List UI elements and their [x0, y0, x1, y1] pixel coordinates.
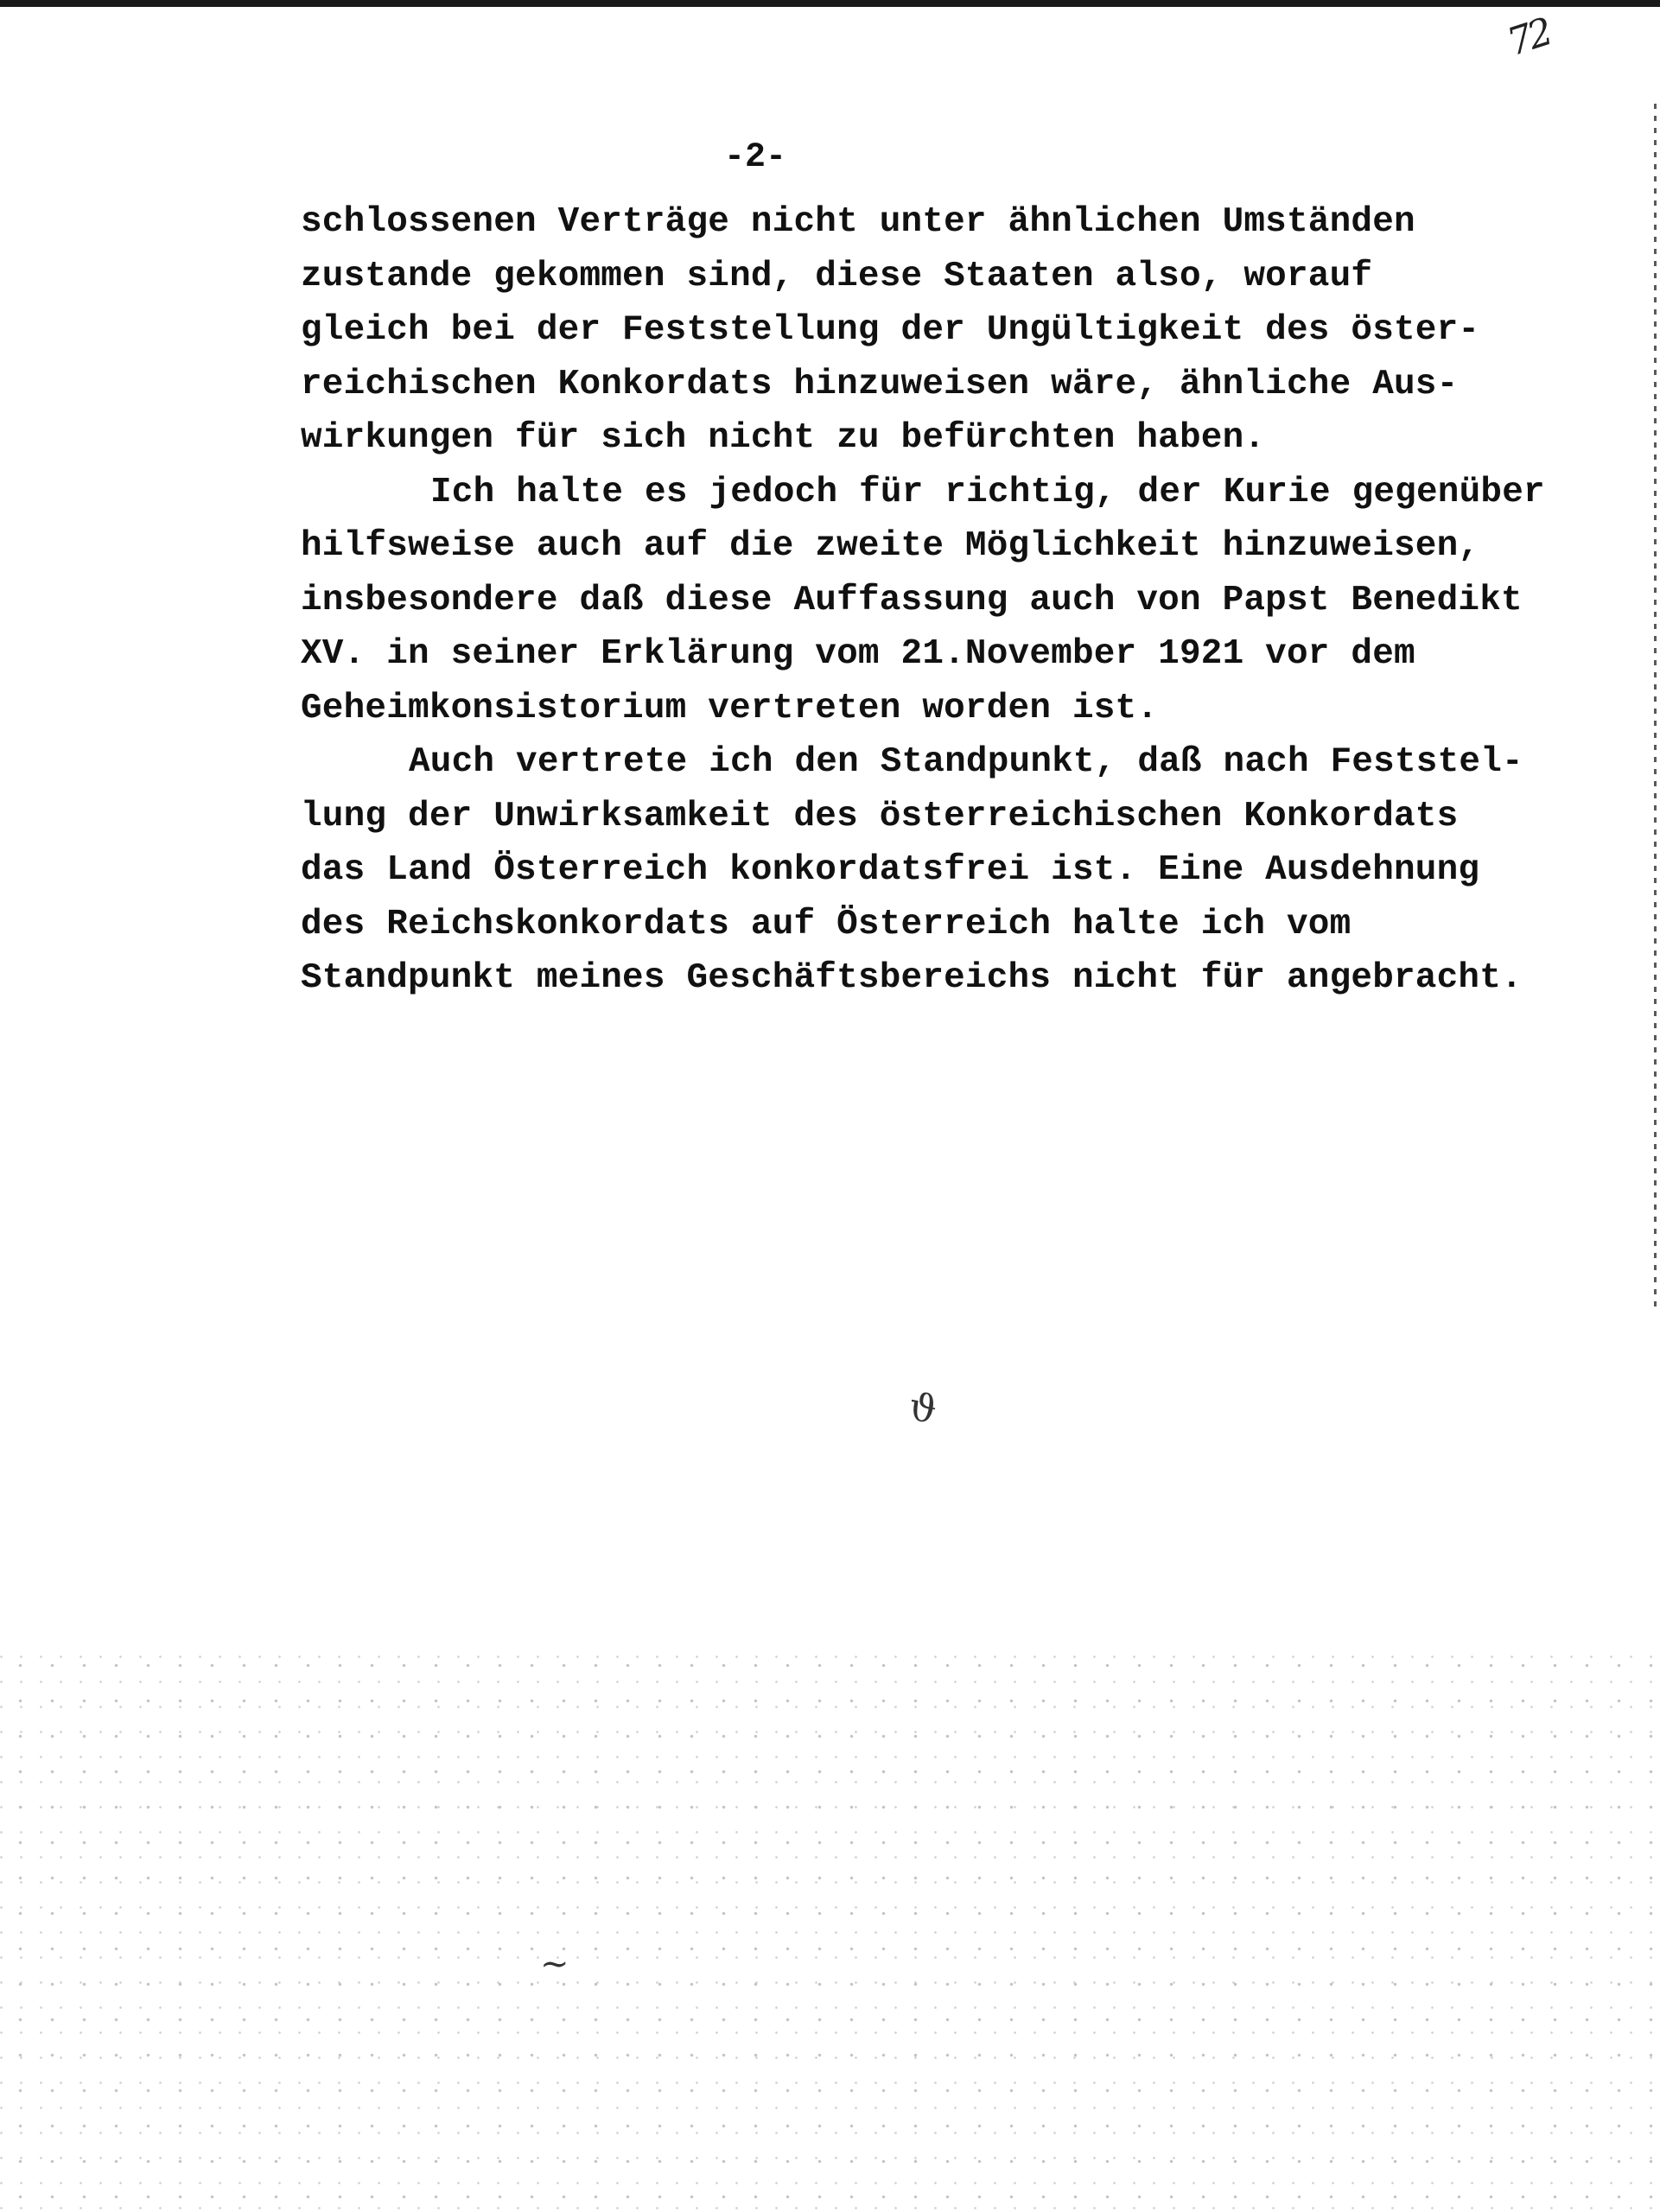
text-line: schlossenen Verträge nicht unter ähnlich… [301, 195, 1597, 250]
page-number: -2- [724, 138, 786, 177]
text-line: XV. in seiner Erklärung vom 21.November … [301, 627, 1597, 682]
text-line: lung der Unwirksamkeit des österreichisc… [301, 790, 1597, 844]
text-line: das Land Österreich konkordatsfrei ist. … [301, 843, 1597, 898]
text-line: Standpunkt meines Geschäftsbereichs nich… [301, 951, 1597, 1006]
scan-noise [0, 1642, 1660, 2212]
text-line: wirkungen für sich nicht zu befürchten h… [301, 411, 1597, 466]
handwritten-mark: ϑ [906, 1385, 940, 1433]
handwritten-squiggle: ~ [540, 1944, 569, 1984]
scan-top-edge [0, 0, 1660, 7]
text-line: Geheimkonsistorium vertreten worden ist. [301, 682, 1597, 736]
text-line: zustande gekommen sind, diese Staaten al… [301, 250, 1597, 304]
paragraph-start-line: Ich halte es jedoch für richtig, der Kur… [301, 466, 1597, 520]
text-line: hilfsweise auch auf die zweite Möglichke… [301, 519, 1597, 574]
text-line: gleich bei der Feststellung der Ungültig… [301, 303, 1597, 358]
body-text: schlossenen Verträge nicht unter ähnlich… [301, 195, 1597, 1006]
scan-right-edge [1654, 104, 1657, 1313]
text-line: insbesondere daß diese Auffassung auch v… [301, 574, 1597, 628]
text-line: des Reichskonkordats auf Österreich halt… [301, 898, 1597, 952]
handwritten-folio-number: 72 [1502, 10, 1555, 65]
text-line: reichischen Konkordats hinzuweisen wäre,… [301, 358, 1597, 412]
paragraph-start-line: Auch vertrete ich den Standpunkt, daß na… [301, 735, 1597, 790]
